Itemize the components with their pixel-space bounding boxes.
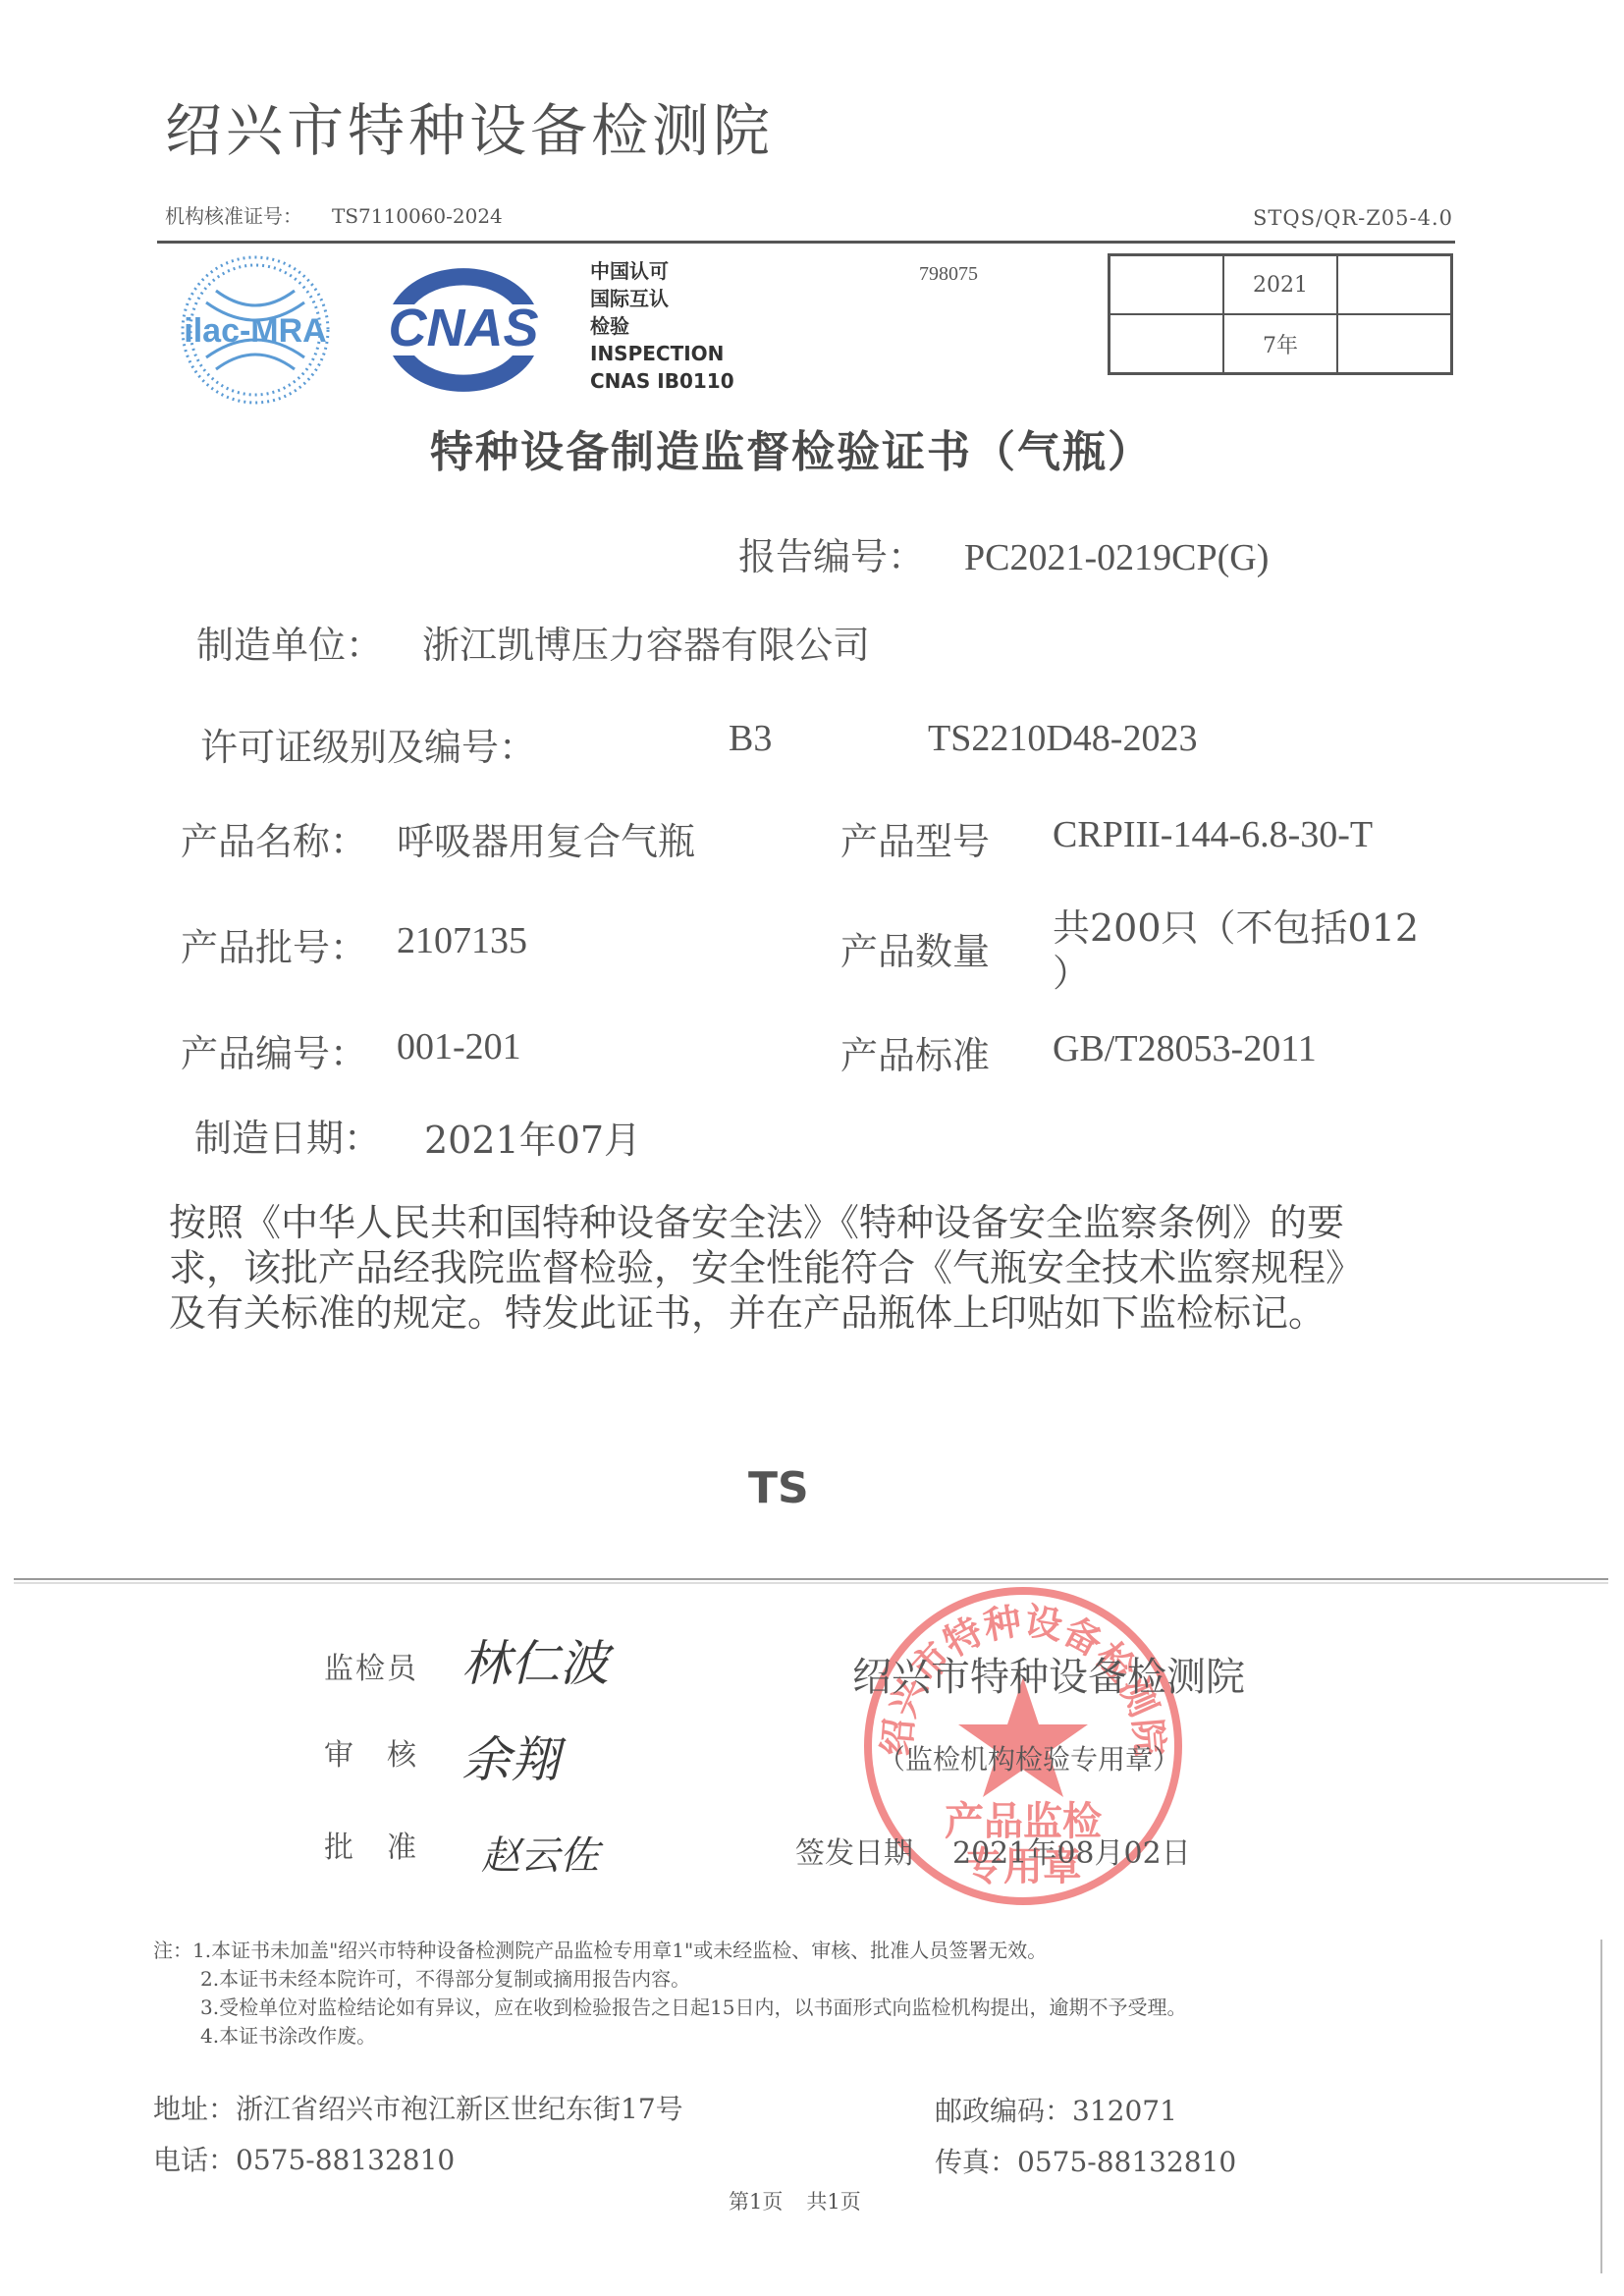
stamp-cell bbox=[1110, 255, 1223, 315]
manufacturer-label: 制造单位： bbox=[196, 624, 383, 667]
fax: 传真：0575-88132810 bbox=[935, 2141, 1236, 2180]
issuer-name: 绍兴市特种设备检测院 bbox=[852, 1646, 1245, 1702]
product-qty: 共200只（不包括012 bbox=[1053, 898, 1419, 952]
note-item: 4.本证书涂改作废。 bbox=[153, 2022, 1187, 2050]
ts-mark: TS bbox=[748, 1463, 809, 1513]
stamp-cell bbox=[1110, 314, 1223, 374]
page-total: 共1页 bbox=[806, 2190, 860, 2214]
report-label: 报告编号： bbox=[738, 535, 925, 578]
issuer-seal-note: （监检机构检验专用章） bbox=[878, 1738, 1180, 1777]
product-qty-label: 产品数量 bbox=[840, 921, 990, 975]
note-item: 3.受检单位对监检结论如有异议，应在收到检验报告之日起15日内，以书面形式向监检… bbox=[153, 1994, 1187, 2022]
notes: 注：1.本证书未加盖"绍兴市特种设备检测院产品监检专用章1"或未经监检、审核、批… bbox=[153, 1937, 1187, 2050]
ilac-mra-logo-icon: ilac-MRA bbox=[172, 251, 339, 409]
scan-edge-line bbox=[1600, 1940, 1602, 2273]
product-name-label: 产品名称： bbox=[181, 811, 367, 865]
approval-value: TS7110060-2024 bbox=[332, 204, 503, 228]
cnas-line: 国际互认 bbox=[590, 285, 734, 312]
product-serial: 001-201 bbox=[397, 1025, 521, 1068]
cnas-line: 检验 bbox=[590, 312, 734, 340]
stamp-grid: 2021 7年 bbox=[1108, 253, 1453, 375]
section-divider bbox=[14, 1578, 1608, 1580]
stamp-cell bbox=[1337, 314, 1451, 374]
manufacturer: 制造单位：浙江凯博压力容器有限公司 bbox=[196, 615, 870, 669]
license-label: 许可证级别及编号： bbox=[200, 726, 536, 769]
cnas-line: CNAS IB0110 bbox=[590, 367, 734, 395]
cnas-accreditation-text: 中国认可 国际互认 检验 INSPECTION CNAS IB0110 bbox=[590, 257, 734, 395]
issue-date-value: 2021年08月02日 bbox=[952, 1836, 1191, 1871]
product-qty-cont: ） bbox=[1053, 943, 1090, 997]
cnas-line: INSPECTION bbox=[590, 340, 734, 367]
svg-text:ilac-MRA: ilac-MRA bbox=[184, 312, 326, 350]
product-standard: GB/T28053-2011 bbox=[1053, 1027, 1317, 1070]
reviewer-signature: 余翔 bbox=[461, 1721, 560, 1791]
section-divider-shadow bbox=[14, 1582, 1608, 1584]
issue-date-label: 签发日期 bbox=[795, 1836, 913, 1871]
cnas-logo-icon: CNAS bbox=[365, 257, 562, 401]
stamp-cell bbox=[1337, 255, 1451, 315]
approver-signature: 赵云佐 bbox=[481, 1825, 599, 1881]
report-number: 报告编号：PC2021-0219CP(G) bbox=[738, 526, 1269, 580]
svg-text:CNAS: CNAS bbox=[388, 299, 538, 357]
phone: 电话：0575-88132810 bbox=[153, 2139, 455, 2178]
institution-title: 绍兴市特种设备检测院 bbox=[165, 84, 774, 167]
certificate-title: 特种设备制造监督检验证书（气瓶） bbox=[430, 416, 1153, 479]
stamp-cell: 2021 bbox=[1223, 255, 1337, 315]
serial-number: 798075 bbox=[919, 263, 978, 286]
product-name: 呼吸器用复合气瓶 bbox=[397, 811, 695, 865]
report-value: PC2021-0219CP(G) bbox=[964, 537, 1269, 578]
certification-statement: 按照《中华人民共和国特种设备安全法》《特种设备安全监察条例》的要求，该批产品经我… bbox=[169, 1200, 1377, 1336]
product-model: CRPIII-144-6.8-30-T bbox=[1053, 813, 1373, 856]
cnas-line: 中国认可 bbox=[590, 257, 734, 285]
form-code: STQS/QR-Z05-4.0 bbox=[1253, 206, 1453, 230]
stamp-cell: 7年 bbox=[1223, 314, 1337, 374]
license-number: TS2210D48-2023 bbox=[928, 717, 1197, 760]
license: 许可证级别及编号： B3 TS2210D48-2023 bbox=[200, 717, 536, 771]
product-standard-label: 产品标准 bbox=[840, 1025, 990, 1079]
product-model-label: 产品型号 bbox=[840, 811, 990, 865]
product-batch-label: 产品批号： bbox=[181, 917, 367, 971]
reviewer-label: 审 核 bbox=[324, 1730, 418, 1774]
page-number: 第1页共1页 bbox=[729, 2186, 861, 2215]
inspector-label: 监检员 bbox=[324, 1644, 418, 1687]
product-serial-label: 产品编号： bbox=[181, 1023, 367, 1077]
product-batch: 2107135 bbox=[397, 919, 527, 962]
issue-date: 签发日期2021年08月02日 bbox=[795, 1829, 1191, 1872]
note-item: 2.本证书未经本院许可，不得部分复制或摘用报告内容。 bbox=[153, 1965, 1187, 1994]
note-item: 注：1.本证书未加盖"绍兴市特种设备检测院产品监检专用章1"或未经监检、审核、批… bbox=[153, 1937, 1187, 1965]
postcode: 邮政编码：312071 bbox=[935, 2090, 1177, 2129]
approval-number: 机构核准证号：TS7110060-2024 bbox=[165, 200, 503, 229]
manufacturer-value: 浙江凯博压力容器有限公司 bbox=[422, 624, 870, 667]
page-current: 第1页 bbox=[729, 2190, 783, 2214]
approval-label: 机构核准证号： bbox=[165, 204, 302, 228]
address: 地址：浙江省绍兴市袍江新区世纪东街17号 bbox=[153, 2088, 683, 2127]
inspector-signature: 林仁波 bbox=[461, 1624, 609, 1695]
license-grade: B3 bbox=[729, 717, 772, 760]
header-divider bbox=[157, 241, 1455, 244]
approver-label: 批 准 bbox=[324, 1823, 418, 1866]
manufacture-date-label: 制造日期： bbox=[194, 1108, 381, 1162]
manufacture-date: 2021年07月 bbox=[424, 1110, 641, 1164]
